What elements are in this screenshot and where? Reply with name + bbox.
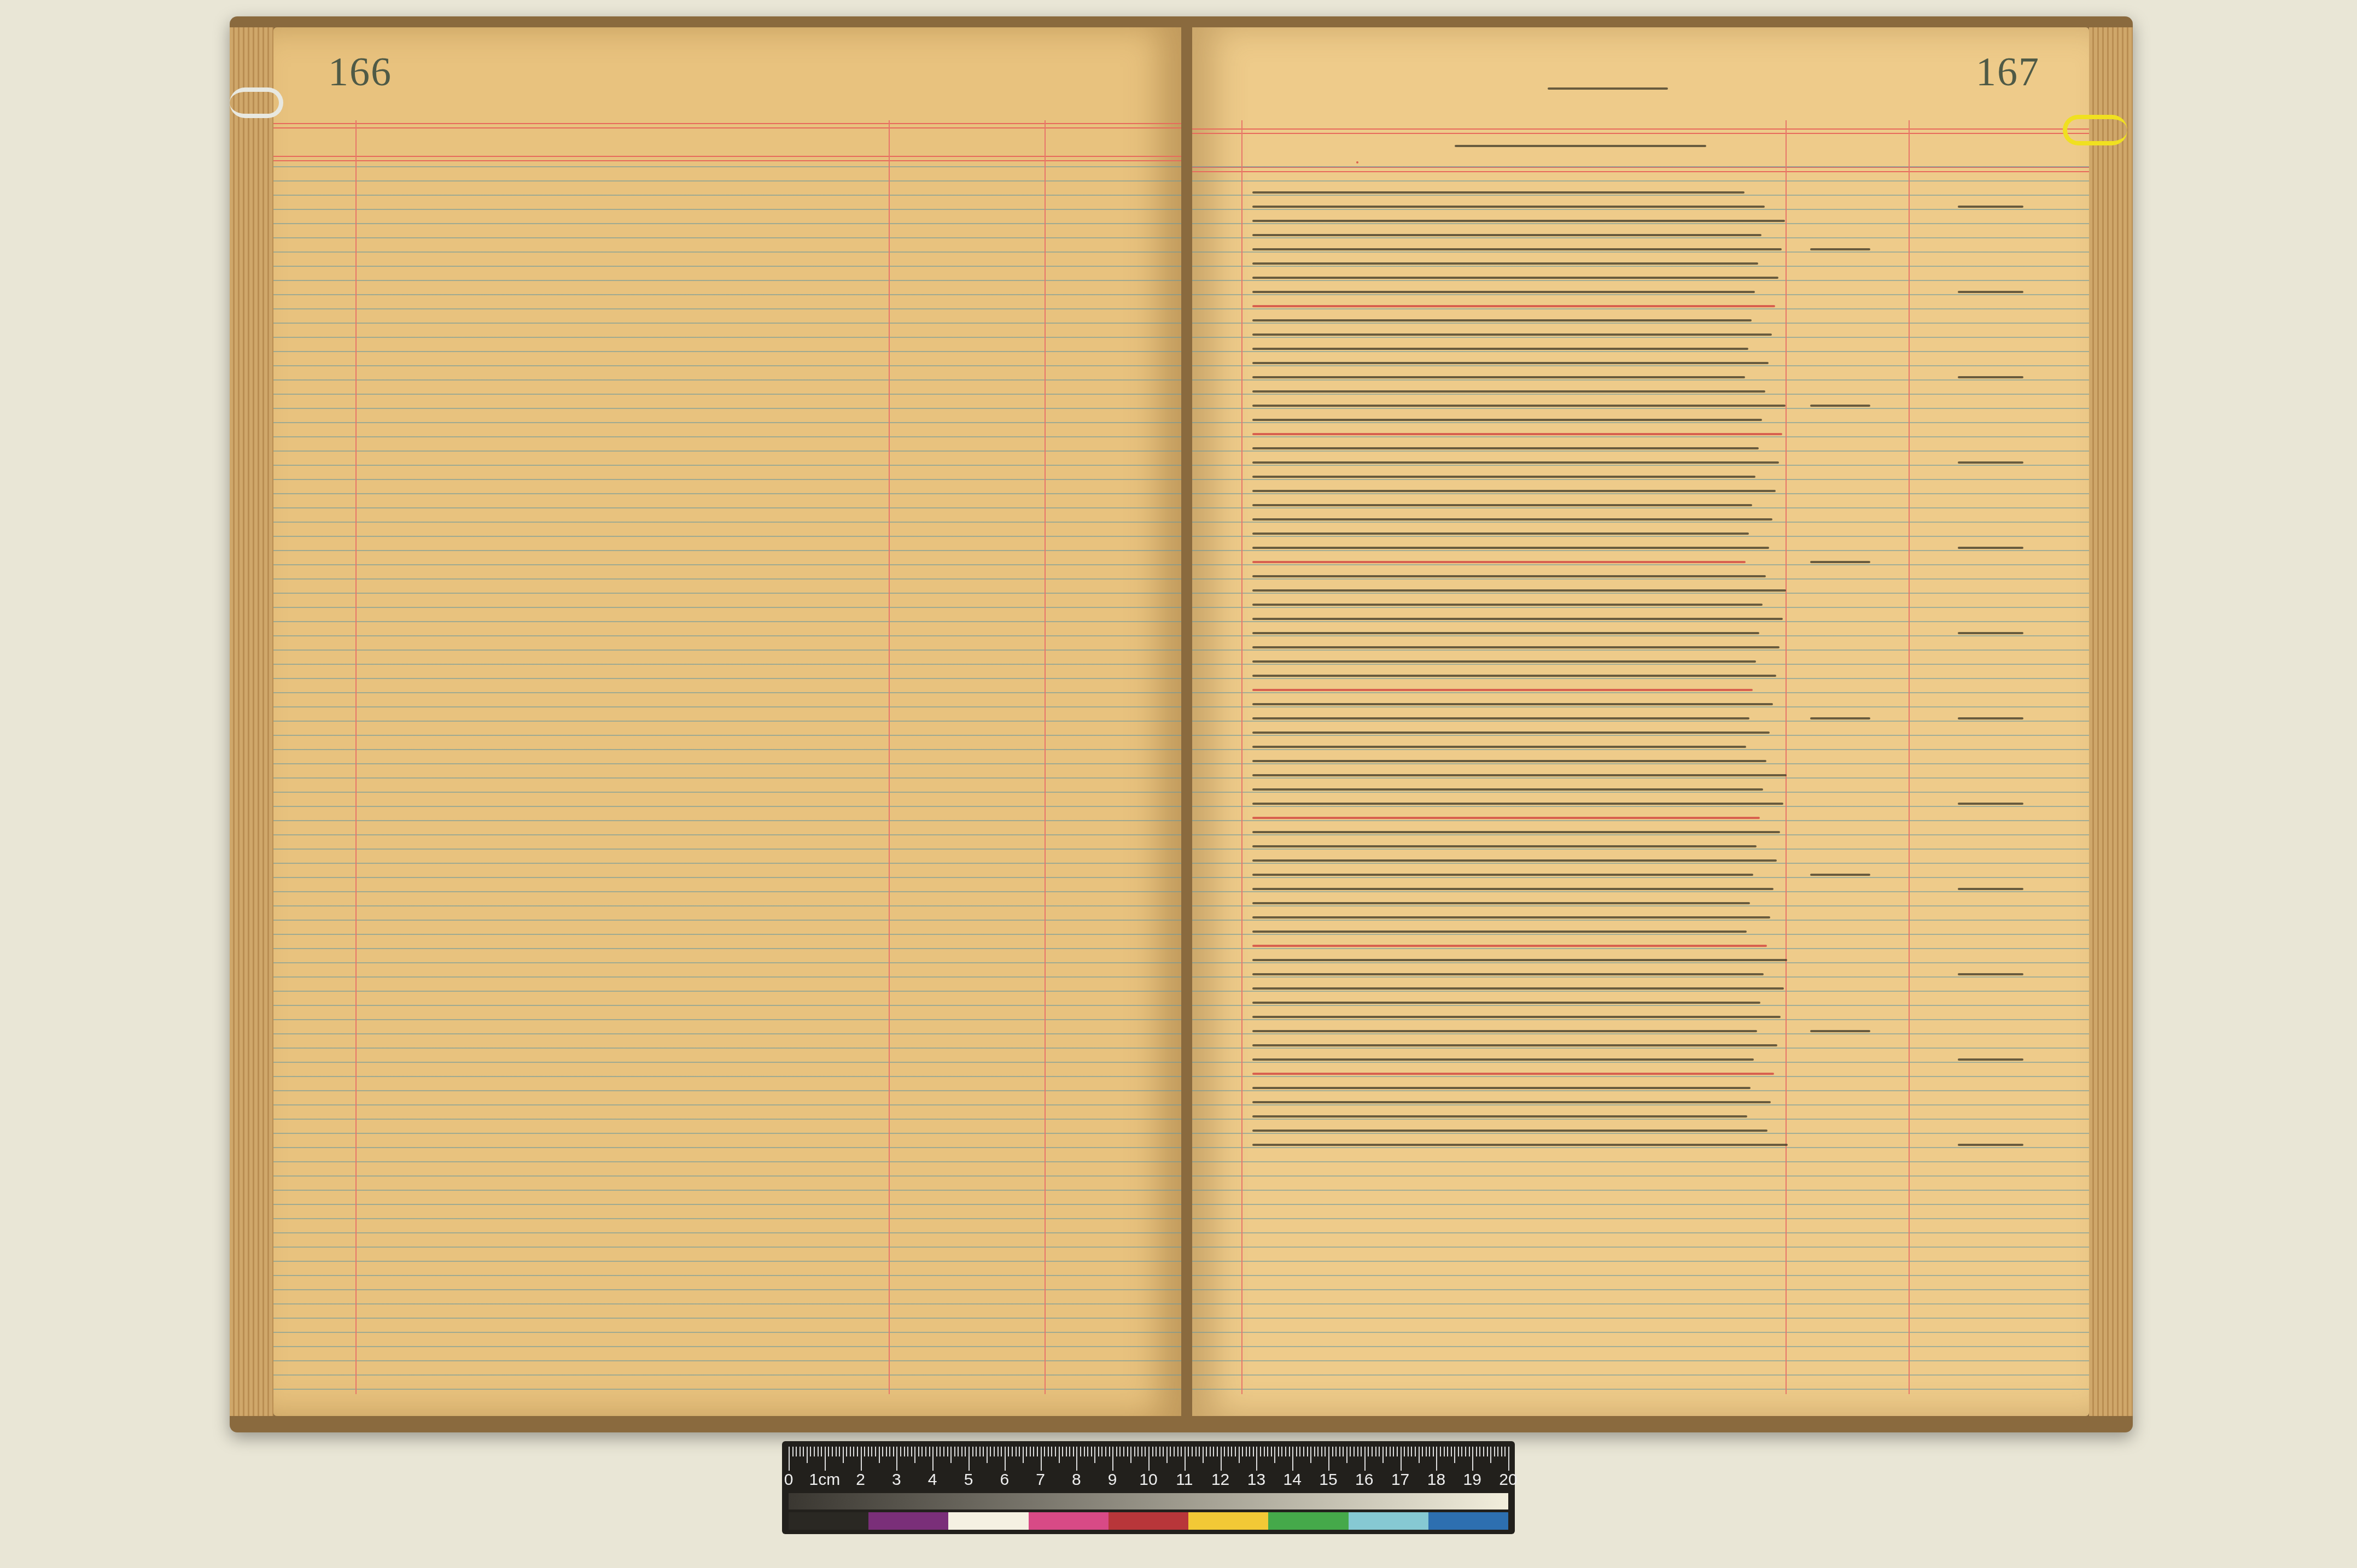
ruler-label: 4 [928,1471,937,1489]
ruled-lines [1192,153,2089,1394]
color-swatch [1349,1512,1428,1530]
ruler-label: 8 [1072,1471,1081,1489]
column-line [1786,120,1787,1394]
ruler-label: 20 [1499,1471,1517,1489]
column-line [355,120,357,1394]
color-swatches [789,1512,1508,1530]
ruler-label: 12 [1211,1471,1229,1489]
color-swatch [868,1512,948,1530]
ruler-label: 1cm [809,1471,840,1489]
header-rule [1192,128,2089,134]
ruler-label: 19 [1463,1471,1481,1489]
ruler-label: 7 [1036,1471,1045,1489]
page-number-right: 167 [1976,49,2040,96]
color-swatch [1109,1512,1188,1530]
ruler-label: 5 [964,1471,973,1489]
right-page-edges [2089,27,2133,1416]
ruler-label: 15 [1319,1471,1337,1489]
ruler-label: 16 [1355,1471,1373,1489]
color-swatch [1268,1512,1348,1530]
column-line [1241,120,1242,1394]
column-line [1909,120,1910,1394]
color-swatch [1029,1512,1109,1530]
left-page: 166 [273,27,1181,1416]
ruler-label: 6 [1000,1471,1009,1489]
ruler-label: 9 [1108,1471,1117,1489]
ruler-label: 18 [1427,1471,1445,1489]
ruler-label: 11 [1176,1471,1193,1489]
column-line [889,120,890,1394]
ruler-label: 14 [1283,1471,1302,1489]
color-swatch [948,1512,1028,1530]
column-line [1045,120,1046,1394]
scale-ruler: 01cm234567891011121314151617181920 [782,1441,1515,1534]
color-swatch [1188,1512,1268,1530]
color-swatch [789,1512,868,1530]
ruler-label: 13 [1247,1471,1265,1489]
ruler-label: 3 [892,1471,901,1489]
left-page-edges [230,27,273,1416]
page-number-left: 166 [328,49,392,96]
ruler-label: 2 [856,1471,865,1489]
right-page: 167 [1192,27,2089,1416]
paperclip-left-icon [230,87,283,118]
ruler-label: 17 [1391,1471,1409,1489]
gray-scale-bar [789,1493,1508,1510]
ledger-book: 166 167 [230,16,2133,1432]
color-swatch [1428,1512,1508,1530]
ruler-label: 0 [784,1471,794,1489]
paperclip-right-icon [2063,115,2127,145]
ruler-label: 10 [1139,1471,1157,1489]
